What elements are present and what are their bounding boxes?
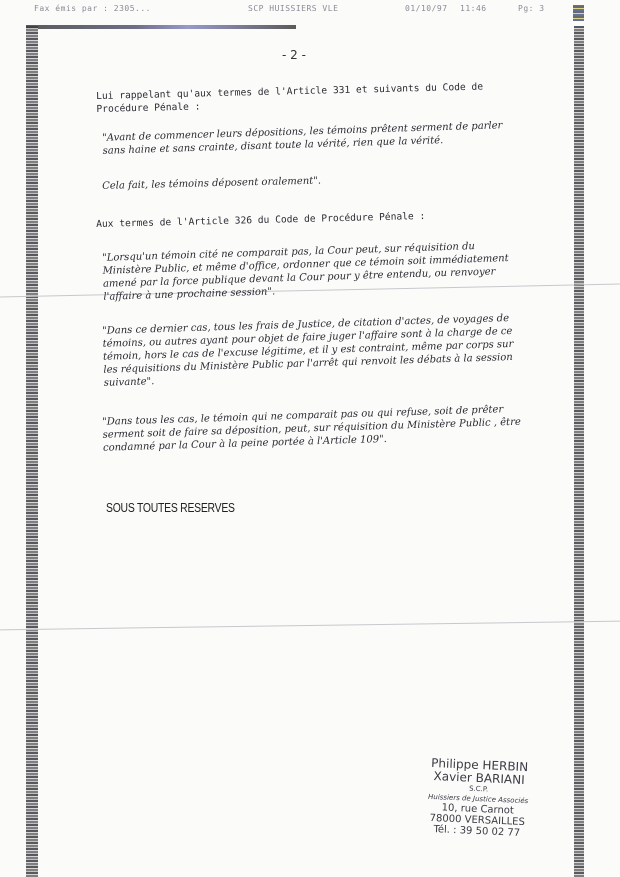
quote-article-326-part2: "Dans ce dernier cas, tous les frais de … [96, 312, 524, 390]
fax-sender: Fax émis par : 2305... [34, 4, 151, 13]
fax-page: Pg: 3 [518, 4, 545, 13]
intro-article-326: Aux termes de l'Article 326 du Code de P… [96, 208, 516, 231]
paper-fold-line [0, 621, 620, 631]
fax-time: 11:46 [460, 4, 487, 13]
fax-company: SCP HUISSIERS VLE [248, 4, 338, 13]
page-number: - 2 - [282, 48, 306, 62]
quote-article-331-part2: Cela fait, les témoins déposent oralemen… [96, 170, 522, 193]
fax-date: 01/10/97 [405, 4, 448, 13]
quote-article-326-part1: "Lorsqu'un témoin cité ne comparait pas,… [96, 239, 523, 304]
quote-article-326-part3: "Dans tous les cas, le témoin qui ne com… [96, 403, 523, 455]
fax-transmission-header: Fax émis par : 2305... SCP HUISSIERS VLE… [10, 4, 620, 16]
intro-article-331: Lui rappelant qu'aux termes de l'Article… [96, 80, 517, 116]
scan-edge-right [574, 26, 584, 877]
scan-edge-right-top [573, 5, 584, 21]
quote-article-331-part1: "Avant de commencer leurs dépositions, l… [96, 119, 523, 158]
scan-artifact-stripe [26, 25, 296, 29]
sous-toutes-reserves: SOUS TOUTES RESERVES [106, 500, 235, 515]
scan-edge-left [26, 26, 38, 877]
bailiff-stamp: Philippe HERBIN Xavier BARIANI S.C.P. Hu… [407, 756, 550, 840]
